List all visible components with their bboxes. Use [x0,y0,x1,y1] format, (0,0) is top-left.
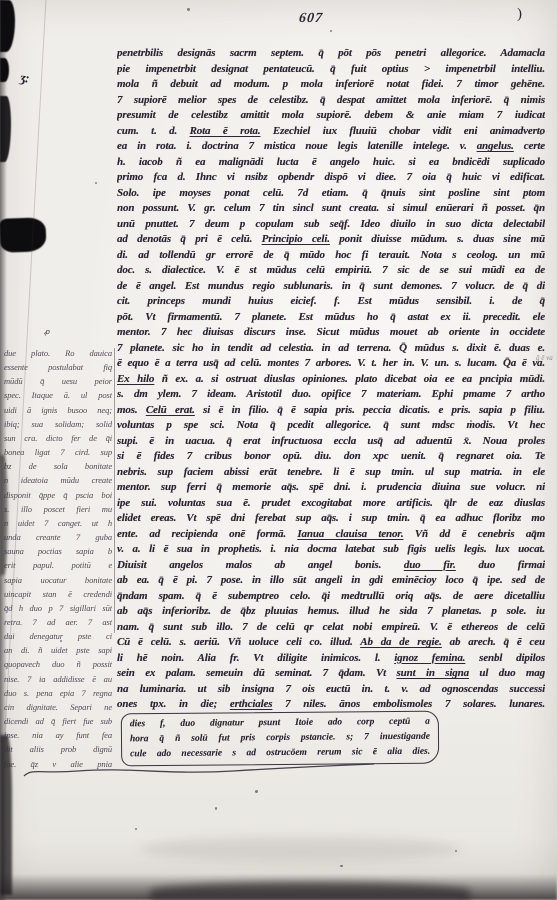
main-text-line: ea in rota. i. doctrina 7 mistica noue l… [117,139,545,155]
gloss-line: cin dignitate. Separi ne [4,700,112,714]
quire-mark: ʒ: [19,70,29,87]
speck [330,30,332,32]
ink-blot [0,0,15,52]
main-text-line: elidet ereas. Vt spē dni ferebat sup aq̄… [117,511,545,527]
gloss-line: essente postulabat fiq [4,360,112,374]
main-text-line: supi. ē in uacua. q̄ erat infructuosa ec… [117,434,545,450]
gloss-line: sun cra. dicto fer de q̄i [4,431,112,445]
main-text-line: mentor. 7 hec diuisas discurs inse. Sicu… [117,325,545,341]
gloss-line: erit papul. potitū e [4,558,112,572]
gloss-line: disponit q̄ppe q̄ pscia boi [4,488,112,502]
main-text-line: q̄ndam spam. q̄ ē subemptreo celo. q̄i m… [117,589,545,605]
ink-blot [0,217,47,253]
main-text-line: h. iacob ñ ea malignādi lucta ē angelo h… [117,155,545,171]
gloss-line: ibiq; sua solidam; solid [4,417,112,431]
main-text-line: pie impenetrbit designat pentateucū. q̄ … [117,62,545,78]
gloss-line: mūdū q̄ uesu peior [4,374,112,388]
ink-blot [0,96,11,162]
scribal-mark: ꝓ [44,328,49,336]
main-text-line: 7 planete. sic ho in tendit ad celestia.… [117,341,545,357]
main-text-line: s. dm ylem. 7 ideam. Aristotil duo. opif… [117,387,545,403]
gloss-line: sauna poctias sapia b [4,544,112,558]
main-text-line: primo fca d. Ihnc vi nsibz opbendr dispō… [117,170,545,186]
gloss-line: uidi ā ignis busoo neq; [4,403,112,417]
gloss-line: ipse. nia ay funt fea [4,728,112,742]
main-text-line: ab aq̄s inferioribz. de q̄bz pluuias hem… [117,604,545,620]
main-text-line: cum. t. d. Rota ē rota. Ezechiel iux flu… [117,124,545,140]
main-text-line: sein ex palam. semeuin dū seminat. 7 q̄d… [117,666,545,682]
gloss-line: an di. ñ uidet pste sapi [4,643,112,657]
main-text-line: unū pnuttet. 7 deum p copulam sub seq̄f.… [117,217,545,233]
marginal-gloss: due plato. Ro dauicaessente postulabat f… [4,346,112,771]
main-text-line: doc. s. dialectice. V. ē st mūdus celū e… [117,263,545,279]
fold-smudge [140,836,460,862]
gloss-line: duo s. pena epia 7 regna [4,686,112,700]
main-text-line: Ex hilo ñ ex. a. si ostruat diuslas opin… [117,372,545,388]
main-text-line: ad denotās q̄ pri ē celū. Principio celi… [117,232,545,248]
main-text-line: ente. ad recipienda onē formā. Ianua cla… [117,527,545,543]
gloss-line: nise. 7 ia addidisse ē au [4,672,112,686]
main-text-line: Solo. ipe moyses ponat celū. 7d etiam. q… [117,186,545,202]
speck [540,133,542,135]
main-text-line: de ē angel. Est mundus regio sublunaris.… [117,279,545,295]
main-text-line: 7 supiorē melior spes de celestibz. q̄ d… [117,93,545,109]
speck [95,182,97,184]
gloss-line: q̄d h duo p 7 sigillari sūt [4,601,112,615]
main-text-line: mola ñ debuit ad modum. p mola inferiorē… [117,77,545,93]
gloss-line: n ideatoia mūdu create [4,473,112,487]
gloss-line: dicendi ad q̄ fiert fue sub [4,714,112,728]
boxed-annotation: dies f, duo dignatur psunt Itoie ado cor… [121,711,439,767]
corner-mark: ) [517,6,522,23]
main-text-line: Cū ē celū. s. aeriū. Vñ uoluce celi co. … [117,635,545,651]
main-text-line: cit. princeps mundi huius eicief. f. Est… [117,294,545,310]
main-text-line: v. a. li ē sua in prophetis. i. nia docm… [117,542,545,558]
speck [187,8,190,11]
page-edge-shadow [0,874,557,900]
speck [215,807,217,810]
main-text-line: pōt. Vt firmamentū. 7 planete. Est mūdus… [117,310,545,326]
main-text-line: Diuisit angelos malos ab angel bonis. du… [117,558,545,574]
main-text-line: nam. q̄ sunt sub illo. 7 de celū qr cela… [117,620,545,636]
main-text-line: presumit de celestibz amittit mola supio… [117,108,545,124]
speck [60,640,62,642]
main-text-line: li hē noin. Alia fr. Vt diligite inimico… [117,651,545,667]
main-text-line: non possunt. V. gr. celum 7 tin sincl su… [117,201,545,217]
gloss-line: uincapit stan ē credendi [4,587,112,601]
gloss-line: unda creante 7 guba [4,530,112,544]
speck [470,420,472,422]
main-text-line: ē equo ē a terra usq̄ ad celū. montes 7 … [117,356,545,372]
main-text-line: voluntas p spe sci. Nota q̄ pcedit alleg… [117,418,545,434]
gloss-line: quopavech duo ñ possit [4,657,112,671]
manuscript-page: 607 ) ʒ: ꝓ q̄ ē va penetrbilis designās … [0,0,557,900]
main-text-line: ones tpx. in die; erthciales 7 niles. ān… [117,697,545,713]
main-text-line: mos. Celū erat. si ē in filio. q̄ ē sapi… [117,403,545,419]
main-text-line: ab ea. q̄ ē pi. 7 pose. in illo sūt ange… [117,573,545,589]
gloss-line: spec. Itaque ā. ul post [4,388,112,402]
gloss-line: sapia uocatur bonitate [4,573,112,587]
main-text-line: ipe sui. voluntas sua ē. prudet excogita… [117,496,545,512]
flourish-line [18,760,382,780]
gloss-ruling-line [114,348,115,633]
main-text-line: mentor. sup ferri q̄ memorie aq̄s. spē d… [117,480,545,496]
gloss-line: retra. 7 ad aer. 7 ast [4,615,112,629]
gloss-line: dit aliis prob dignū [4,742,112,756]
gloss-line: dui denegatur pste ci [4,629,112,643]
gloss-line: bonea ligat 7 cird. sup [4,445,112,459]
speck [135,828,137,830]
main-text-line: penetrbilis designās sacrm septem. q̄ pō… [117,46,545,62]
main-text-line: si ē fides 7 cribus bonor opū. diu. don … [117,449,545,465]
gloss-line: due plato. Ro dauica [4,346,112,360]
ink-blot [0,58,9,82]
gloss-line: n uidet 7 canget. ut h [4,516,112,530]
gloss-line: s. illo poscet fieri mu [4,502,112,516]
speck [340,865,343,867]
main-text-line: nebris. sup faciem abissi erāt tenebre. … [117,465,545,481]
speck [255,790,258,793]
main-text-line: na luminaria. ut sib insigna 7 ois euctū… [117,682,545,698]
main-text-line: di. ad tollendū gr errorē de q̄ mūdo hoc… [117,248,545,264]
main-text-block: penetrbilis designās sacrm septem. q̄ pō… [117,46,545,713]
gloss-line: bz de sola bonitate [4,459,112,473]
folio-number: 607 [298,11,324,27]
